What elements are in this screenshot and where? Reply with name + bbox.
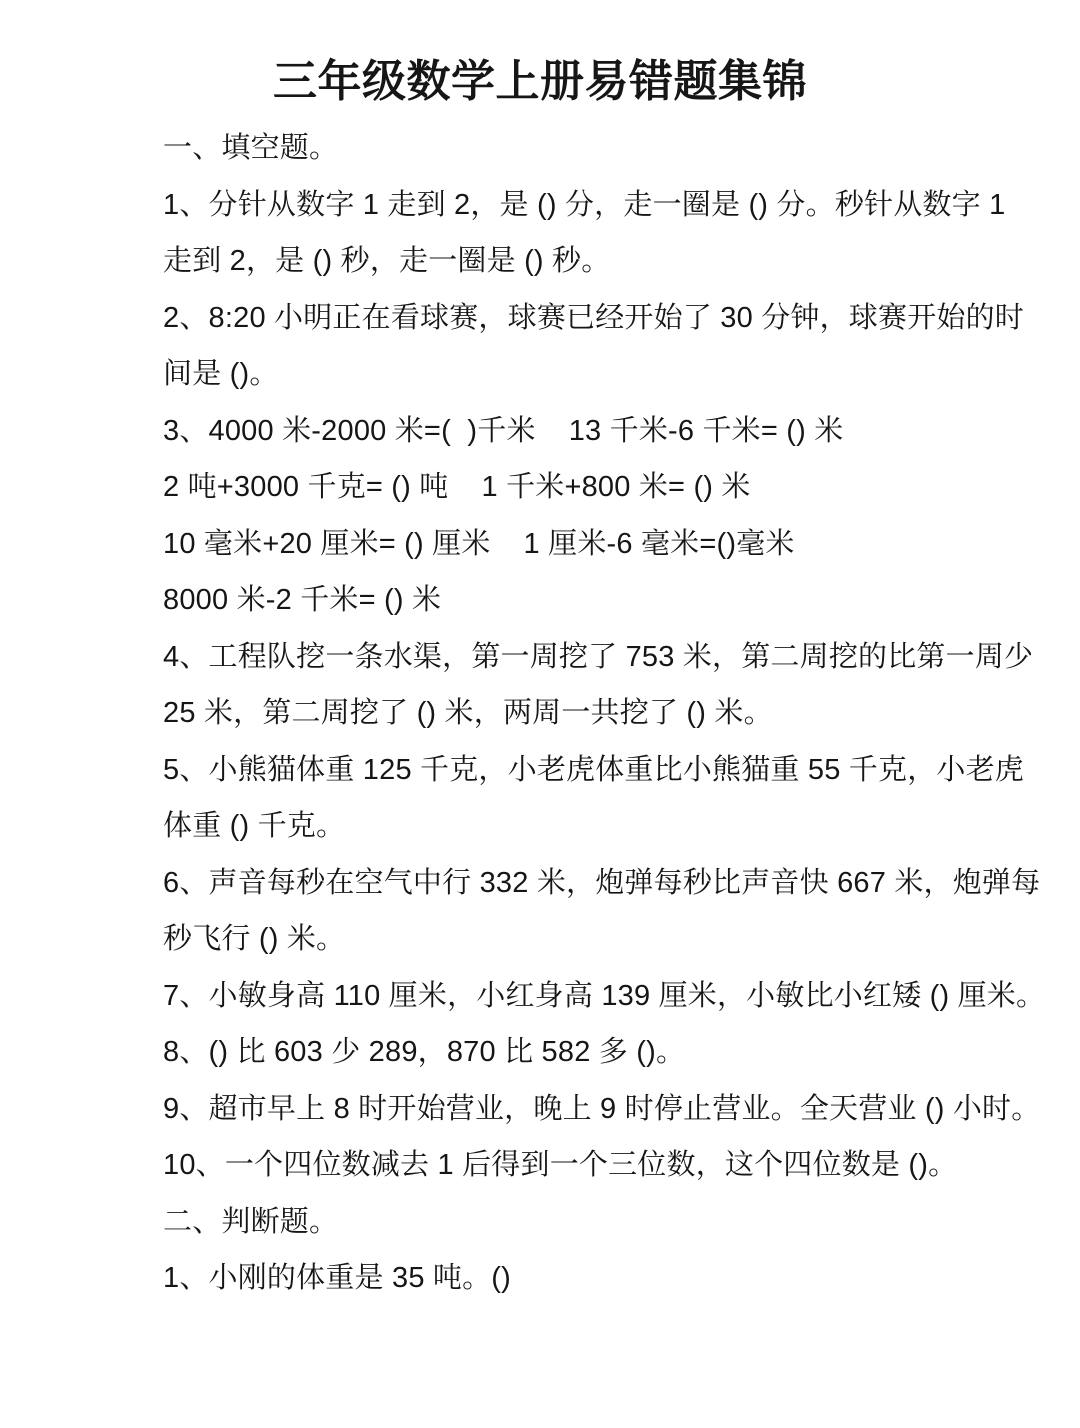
fill-q8-line-1: 8、() 比 603 少 289，870 比 582 多 ()。 [163, 1024, 960, 1081]
fill-q5-line-1: 5、小熊猫体重 125 千克，小老虎体重比小熊猫重 55 千克，小老虎 [163, 742, 960, 799]
fill-q9-line-1: 9、超市早上 8 时开始营业，晚上 9 时停止营业。全天营业 () 小时。 [163, 1081, 960, 1138]
fill-q5-line-2: 体重 () 千克。 [163, 798, 960, 855]
judge-q1-line-1: 1、小刚的体重是 35 吨。() [163, 1250, 960, 1307]
fill-q3-line-2: 2 吨+3000 千克= () 吨 1 千米+800 米= () 米 [163, 459, 960, 516]
fill-q2-line-1: 2、8:20 小明正在看球赛，球赛已经开始了 30 分钟，球赛开始的时 [163, 290, 960, 347]
worksheet-title: 三年级数学上册易错题集锦 [0, 0, 1080, 107]
fill-q3-line-3: 10 毫米+20 厘米= () 厘米 1 厘米-6 毫米=()毫米 [163, 516, 960, 573]
fill-q6-line-2: 秒飞行 () 米。 [163, 911, 960, 968]
fill-q4-line-2: 25 米，第二周挖了 () 米，两周一共挖了 () 米。 [163, 685, 960, 742]
fill-q4-line-1: 4、工程队挖一条水渠，第一周挖了 753 米，第二周挖的比第一周少 [163, 629, 960, 686]
section-1-heading-line-1: 一、填空题。 [163, 120, 960, 177]
worksheet-content: 一、填空题。1、分针从数字 1 走到 2，是 () 分，走一圈是 () 分。秒针… [0, 120, 1080, 1307]
fill-q2-line-2: 间是 ()。 [163, 346, 960, 403]
fill-q3-line-4: 8000 米-2 千米= () 米 [163, 572, 960, 629]
section-2-heading-line-1: 二、判断题。 [163, 1194, 960, 1251]
fill-q1-line-1: 1、分针从数字 1 走到 2，是 () 分，走一圈是 () 分。秒针从数字 1 [163, 177, 960, 234]
fill-q6-line-1: 6、声音每秒在空气中行 332 米，炮弹每秒比声音快 667 米，炮弹每 [163, 855, 960, 912]
fill-q10-line-1: 10、一个四位数减去 1 后得到一个三位数，这个四位数是 ()。 [163, 1137, 960, 1194]
worksheet-page: 三年级数学上册易错题集锦 一、填空题。1、分针从数字 1 走到 2，是 () 分… [0, 0, 1080, 1428]
fill-q3-line-1: 3、4000 米-2000 米=( )千米 13 千米-6 千米= () 米 [163, 403, 960, 460]
fill-q7-line-1: 7、小敏身高 110 厘米，小红身高 139 厘米，小敏比小红矮 () 厘米。 [163, 968, 960, 1025]
fill-q1-line-2: 走到 2，是 () 秒，走一圈是 () 秒。 [163, 233, 960, 290]
